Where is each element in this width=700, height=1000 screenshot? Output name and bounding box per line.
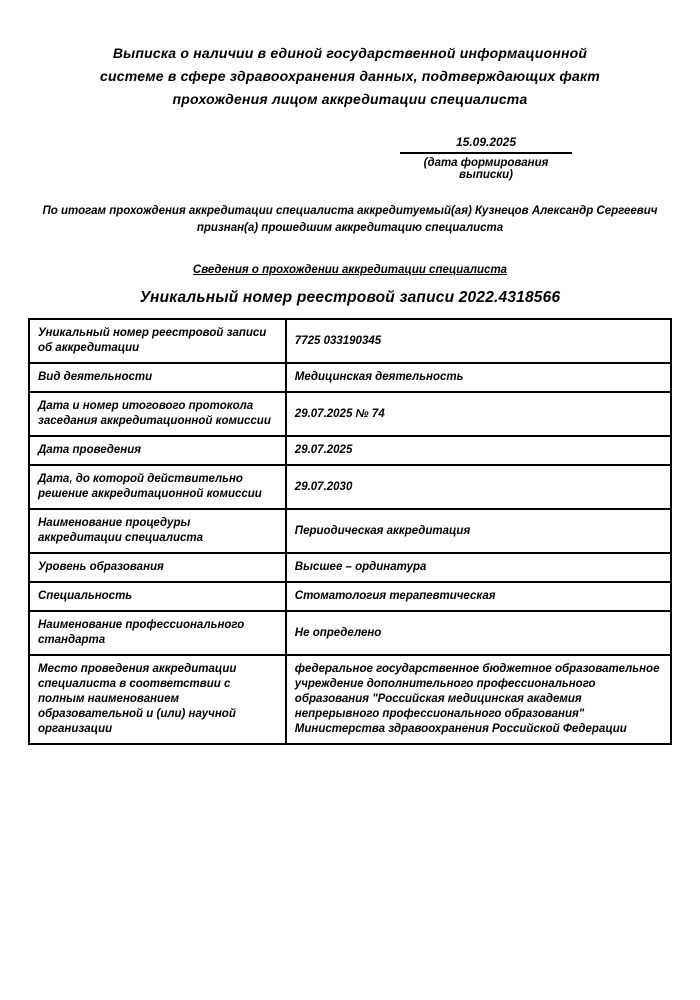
table-row: Уровень образования Высшее – ординатура bbox=[29, 553, 671, 582]
table-row: Уникальный номер реестровой записи об ак… bbox=[29, 319, 671, 363]
accreditation-table: Уникальный номер реестровой записи об ак… bbox=[28, 318, 672, 745]
table-row: Дата и номер итогового протокола заседан… bbox=[29, 392, 671, 436]
table-row: Место проведения аккредитации специалист… bbox=[29, 655, 671, 744]
row-value: Медицинская деятельность bbox=[286, 363, 671, 392]
row-label: Специальность bbox=[29, 582, 286, 611]
row-label: Наименование профессионального стандарта bbox=[29, 611, 286, 655]
row-label: Уникальный номер реестровой записи об ак… bbox=[29, 319, 286, 363]
row-value: Стоматология терапевтическая bbox=[286, 582, 671, 611]
extract-date-caption: (дата формирования выписки) bbox=[400, 154, 572, 181]
extract-date-value: 15.09.2025 bbox=[400, 135, 572, 154]
row-label: Дата, до которой действительно решение а… bbox=[29, 465, 286, 509]
row-label: Вид деятельности bbox=[29, 363, 286, 392]
row-value: 29.07.2025 bbox=[286, 436, 671, 465]
table-row: Специальность Стоматология терапевтическ… bbox=[29, 582, 671, 611]
row-value: 7725 033190345 bbox=[286, 319, 671, 363]
document-title-line-3: прохождения лицом аккредитации специалис… bbox=[28, 88, 672, 111]
table-row: Дата, до которой действительно решение а… bbox=[29, 465, 671, 509]
row-label: Место проведения аккредитации специалист… bbox=[29, 655, 286, 744]
table-row: Наименование процедуры аккредитации спец… bbox=[29, 509, 671, 553]
accreditation-table-body: Уникальный номер реестровой записи об ак… bbox=[29, 319, 671, 744]
row-value: 29.07.2030 bbox=[286, 465, 671, 509]
document-page: Выписка о наличии в единой государственн… bbox=[0, 0, 700, 1000]
table-row: Наименование профессионального стандарта… bbox=[29, 611, 671, 655]
table-row: Дата проведения 29.07.2025 bbox=[29, 436, 671, 465]
extract-date-block: 15.09.2025 (дата формирования выписки) bbox=[400, 135, 572, 181]
row-label: Дата проведения bbox=[29, 436, 286, 465]
registry-record-heading: Уникальный номер реестровой записи 2022.… bbox=[28, 289, 672, 307]
accreditation-result-paragraph: По итогам прохождения аккредитации специ… bbox=[28, 203, 672, 237]
document-title: Выписка о наличии в единой государственн… bbox=[28, 42, 672, 111]
row-value: федеральное государственное бюджетное об… bbox=[286, 655, 671, 744]
table-row: Вид деятельности Медицинская деятельност… bbox=[29, 363, 671, 392]
row-value: 29.07.2025 № 74 bbox=[286, 392, 671, 436]
row-value: Высшее – ординатура bbox=[286, 553, 671, 582]
row-label: Дата и номер итогового протокола заседан… bbox=[29, 392, 286, 436]
row-label: Наименование процедуры аккредитации спец… bbox=[29, 509, 286, 553]
section-heading: Сведения о прохождении аккредитации спец… bbox=[28, 264, 672, 276]
document-title-line-2: системе в сфере здравоохранения данных, … bbox=[28, 65, 672, 88]
row-value: Не определено bbox=[286, 611, 671, 655]
document-title-line-1: Выписка о наличии в единой государственн… bbox=[28, 42, 672, 65]
row-label: Уровень образования bbox=[29, 553, 286, 582]
row-value: Периодическая аккредитация bbox=[286, 509, 671, 553]
